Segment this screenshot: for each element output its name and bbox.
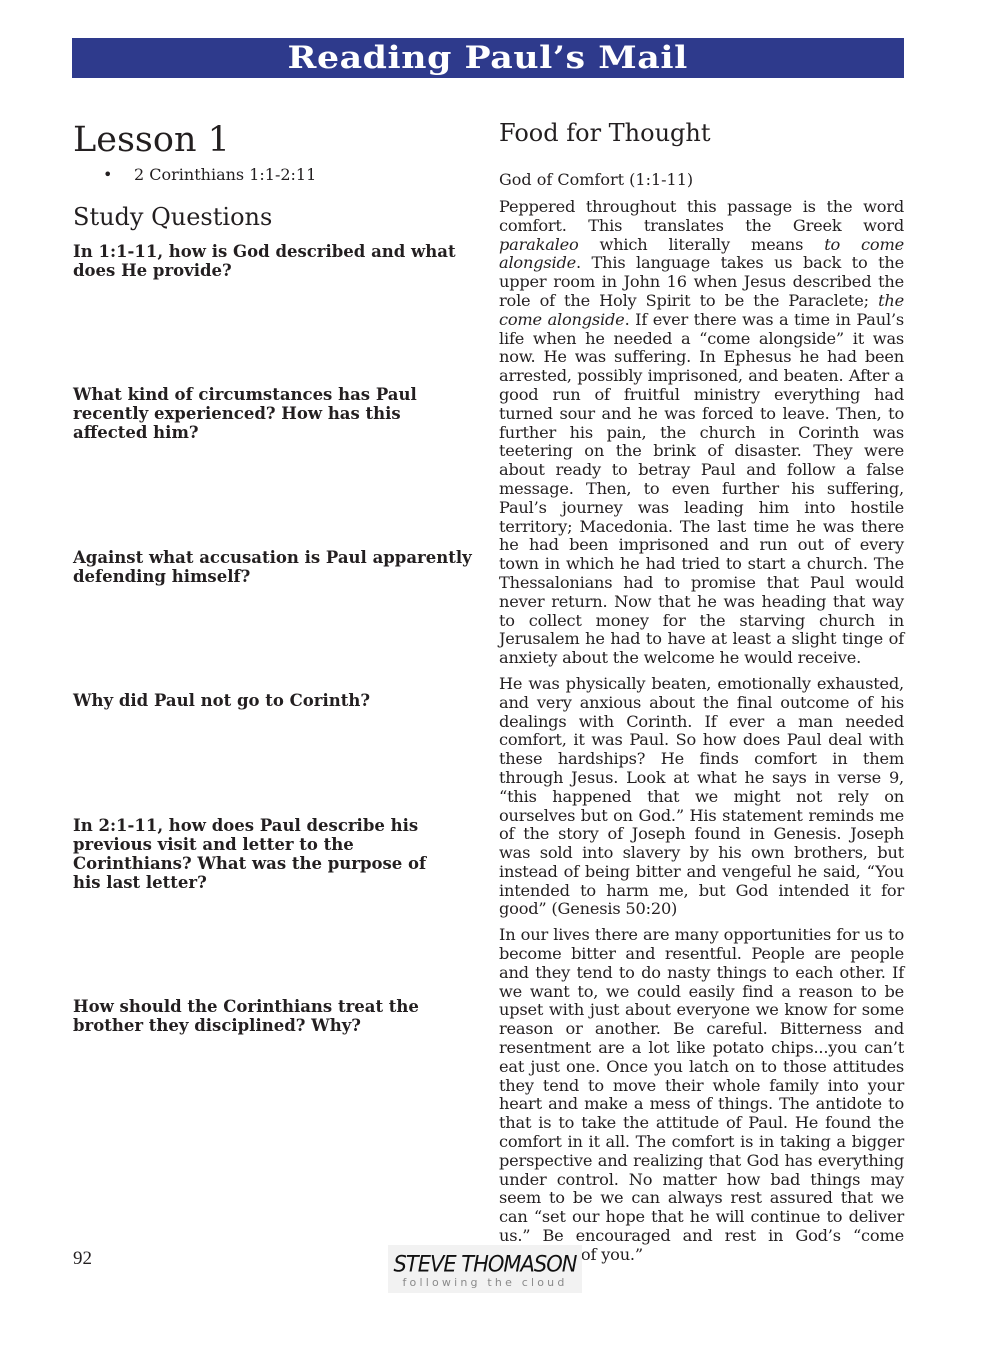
study-question-1: In 1:1-11, how is God described and what… xyxy=(73,242,473,280)
study-questions-heading: Study Questions xyxy=(73,202,473,232)
page-number: 92 xyxy=(73,1248,92,1270)
reference-text: 2 Corinthians 1:1-2:11 xyxy=(134,165,316,184)
book-title: Reading Paul’s Mail xyxy=(288,40,688,76)
study-question-5: In 2:1-11, how does Paul describe his pr… xyxy=(73,816,458,892)
study-question-3: Against what accusation is Paul apparent… xyxy=(73,548,473,586)
author-logo: STEVE THOMASON following the cloud xyxy=(388,1245,582,1293)
study-question-2: What kind of circumstances has Paul rece… xyxy=(73,385,473,442)
study-question-6: How should the Corinthians treat the bro… xyxy=(73,997,443,1035)
paragraph-1: Peppered throughout this passage is the … xyxy=(499,198,904,668)
scripture-reference: • 2 Corinthians 1:1-2:11 xyxy=(73,164,473,186)
paragraph-3: In our lives there are many opportunitie… xyxy=(499,926,904,1264)
study-column: Lesson 1 • 2 Corinthians 1:1-2:11 Study … xyxy=(73,118,473,232)
logo-name: STEVE THOMASON xyxy=(388,1250,582,1277)
food-for-thought-column: Food for Thought God of Comfort (1:1-11)… xyxy=(499,115,904,1265)
bullet-icon: • xyxy=(103,164,112,186)
food-for-thought-heading: Food for Thought xyxy=(499,115,904,151)
lesson-title: Lesson 1 xyxy=(73,118,473,162)
title-banner: Reading Paul’s Mail xyxy=(72,38,904,78)
paragraph-2: He was physically beaten, emotionally ex… xyxy=(499,675,904,919)
scripture-reference-list: • 2 Corinthians 1:1-2:11 xyxy=(73,164,473,186)
study-question-4: Why did Paul not go to Corinth? xyxy=(73,691,473,710)
logo-tagline: following the cloud xyxy=(388,1277,582,1289)
section-subtitle: God of Comfort (1:1-11) xyxy=(499,169,904,191)
